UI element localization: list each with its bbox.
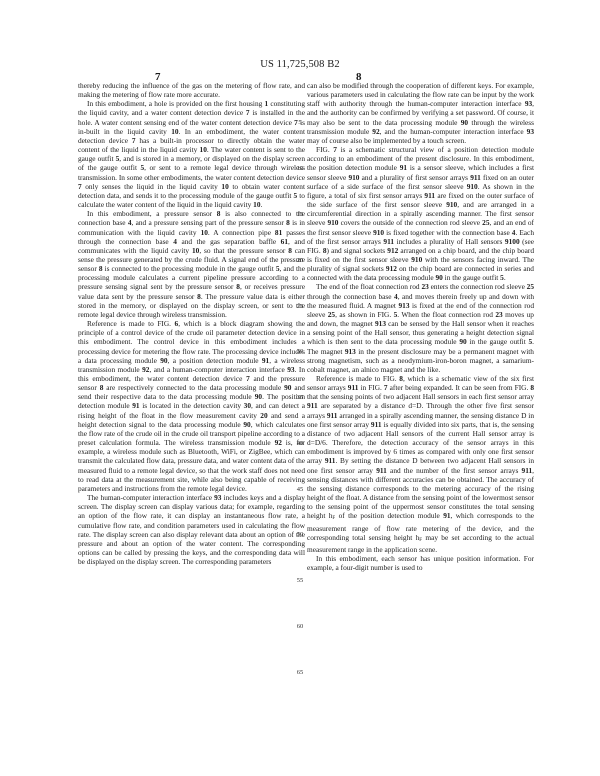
line-number: 25 — [294, 302, 306, 311]
patent-number: US 11,725,508 B2 — [0, 59, 600, 70]
line-number: 20 — [294, 256, 306, 265]
line-number: 55 — [294, 576, 306, 585]
paragraph: In this embodiment, a hole is provided o… — [78, 99, 305, 209]
right-text-column: can also be modified through the coopera… — [307, 81, 534, 572]
line-number: 50 — [294, 530, 306, 539]
paragraph: Reference is made to FIG. 6, which is a … — [78, 319, 305, 493]
paragraph: Reference is made to FIG. 8, which is a … — [307, 374, 534, 554]
paragraph: In this embodiment, a pressure sensor 8 … — [78, 209, 305, 319]
line-number: 10 — [294, 164, 306, 173]
paragraph: In this embodiment, each sensor has uniq… — [307, 554, 534, 572]
paragraph: can also be modified through the coopera… — [307, 81, 534, 145]
line-number: 35 — [294, 393, 306, 402]
paragraph: thereby reducing the influence of the ga… — [78, 81, 305, 99]
line-number: 65 — [294, 668, 306, 677]
line-number: 30 — [294, 347, 306, 356]
line-number: 45 — [294, 485, 306, 494]
paragraph: The end of the float connection rod 23 e… — [307, 282, 534, 374]
paragraph: FIG. 7 is a schematic structural view of… — [307, 145, 534, 282]
line-number: 15 — [294, 210, 306, 219]
paragraph: The human-computer interaction interface… — [78, 493, 305, 566]
line-number: 40 — [294, 439, 306, 448]
left-text-column: thereby reducing the influence of the ga… — [78, 81, 305, 566]
line-number: 5 — [294, 118, 306, 127]
line-number: 60 — [294, 622, 306, 631]
